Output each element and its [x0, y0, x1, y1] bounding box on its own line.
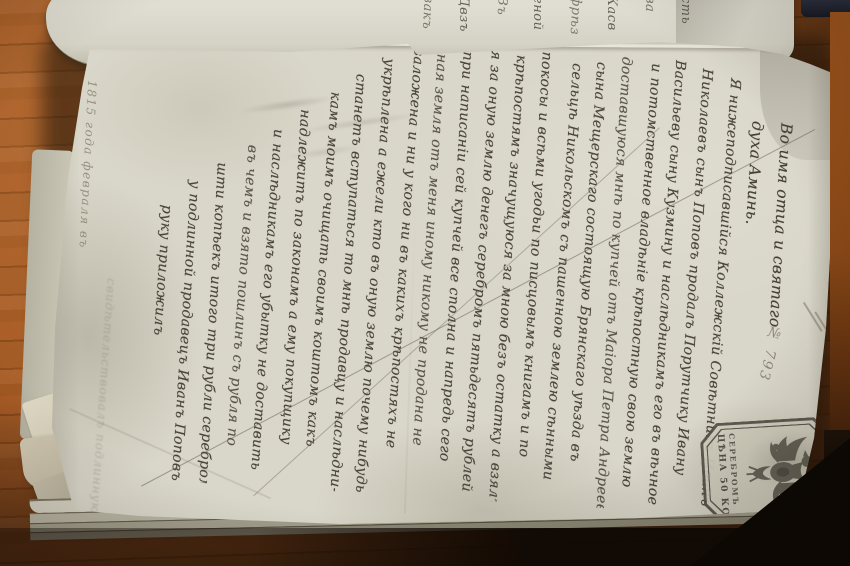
manuscript-page: Во имя отца и святагодуха Аминь. Я нижеп…	[40, 28, 840, 524]
table-right-strip	[830, 12, 850, 450]
photograph-of-manuscript: стьваКасвфрѣзенойВъДвзъзакъ Во имя отца …	[0, 0, 850, 566]
handwritten-text: Во имя отца и святагодуха Аминь. Я нижеп…	[67, 23, 806, 519]
handwriting-line: Двзъ	[445, 0, 482, 60]
